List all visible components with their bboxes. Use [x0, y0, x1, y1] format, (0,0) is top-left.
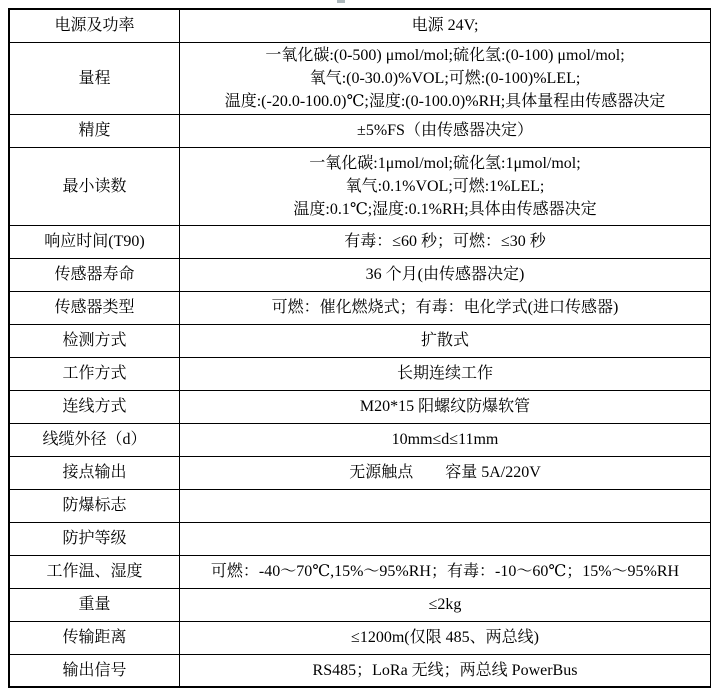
spec-label: 传输距离: [9, 621, 180, 654]
row-measuring-range: 量程 一氧化碳:(0-500) μmol/mol;硫化氢:(0-100) μmo…: [9, 42, 711, 114]
spec-value: ±5%FS（由传感器决定）: [180, 114, 711, 147]
spec-value-line: ≤2kg: [184, 593, 706, 616]
spec-table: 电源及功率 电源 24V; 量程 一氧化碳:(0-500) μmol/mol;硫…: [8, 8, 711, 688]
spec-value: 36 个月(由传感器决定): [180, 258, 711, 291]
spec-value-line: 氧气:0.1%VOL;可燃:1%LEL;: [184, 175, 706, 198]
spec-value: 一氧化碳:1μmol/mol;硫化氢:1μmol/mol; 氧气:0.1%VOL…: [180, 147, 711, 225]
row-power-supply: 电源及功率 电源 24V;: [9, 9, 711, 42]
row-working-temp-humidity: 工作温、湿度 可燃：-40～70℃,15%～95%RH；有毒：-10～60℃；1…: [9, 555, 711, 588]
spec-label: 连线方式: [9, 390, 180, 423]
spec-value: [180, 522, 711, 555]
spec-value: RS485；LoRa 无线；两总线 PowerBus: [180, 654, 711, 687]
spec-value: ≤1200m(仅限 485、两总线): [180, 621, 711, 654]
spec-value-line: 温度:0.1℃;湿度:0.1%RH;具体由传感器决定: [184, 198, 706, 221]
row-protection-rating: 防护等级: [9, 522, 711, 555]
spec-label: 精度: [9, 114, 180, 147]
spec-value-line: 10mm≤d≤11mm: [184, 428, 706, 451]
spec-value: 电源 24V;: [180, 9, 711, 42]
spec-value: 可燃：催化燃烧式；有毒：电化学式(进口传感器): [180, 291, 711, 324]
spec-label: 传感器寿命: [9, 258, 180, 291]
spec-value-line: 可燃：-40～70℃,15%～95%RH；有毒：-10～60℃；15%～95%R…: [184, 560, 706, 583]
spec-label: 响应时间(T90): [9, 225, 180, 258]
row-transmission-distance: 传输距离 ≤1200m(仅限 485、两总线): [9, 621, 711, 654]
spec-label: 工作温、湿度: [9, 555, 180, 588]
spec-label: 重量: [9, 588, 180, 621]
spec-value-line: 有毒：≤60 秒；可燃：≤30 秒: [184, 230, 706, 253]
spec-value-line: RS485；LoRa 无线；两总线 PowerBus: [184, 659, 706, 682]
spec-value-line: 一氧化碳:(0-500) μmol/mol;硫化氢:(0-100) μmol/m…: [184, 44, 706, 67]
spec-value: 扩散式: [180, 324, 711, 357]
spec-value: 有毒：≤60 秒；可燃：≤30 秒: [180, 225, 711, 258]
row-working-mode: 工作方式 长期连续工作: [9, 357, 711, 390]
spec-label: 电源及功率: [9, 9, 180, 42]
row-accuracy: 精度 ±5%FS（由传感器决定）: [9, 114, 711, 147]
spec-label: 接点输出: [9, 456, 180, 489]
spec-value: ≤2kg: [180, 588, 711, 621]
spec-value-line: ±5%FS（由传感器决定）: [184, 119, 706, 142]
row-detection-method: 检测方式 扩散式: [9, 324, 711, 357]
row-cable-diameter: 线缆外径（d） 10mm≤d≤11mm: [9, 423, 711, 456]
spec-value-line: 氧气:(0-30.0)%VOL;可燃:(0-100)%LEL;: [184, 67, 706, 90]
row-response-time: 响应时间(T90) 有毒：≤60 秒；可燃：≤30 秒: [9, 225, 711, 258]
spec-label: 传感器类型: [9, 291, 180, 324]
cropped-text-artifact: [337, 0, 345, 3]
spec-value-line: ≤1200m(仅限 485、两总线): [184, 626, 706, 649]
row-min-reading: 最小读数 一氧化碳:1μmol/mol;硫化氢:1μmol/mol; 氧气:0.…: [9, 147, 711, 225]
spec-value: 一氧化碳:(0-500) μmol/mol;硫化氢:(0-100) μmol/m…: [180, 42, 711, 114]
spec-value-line: 可燃：催化燃烧式；有毒：电化学式(进口传感器): [184, 296, 706, 319]
spec-label: 量程: [9, 42, 180, 114]
spec-value: [180, 489, 711, 522]
spec-value: 可燃：-40～70℃,15%～95%RH；有毒：-10～60℃；15%～95%R…: [180, 555, 711, 588]
row-weight: 重量 ≤2kg: [9, 588, 711, 621]
spec-value: 长期连续工作: [180, 357, 711, 390]
spec-label: 输出信号: [9, 654, 180, 687]
row-contact-output: 接点输出 无源触点 容量 5A/220V: [9, 456, 711, 489]
spec-value-line: 36 个月(由传感器决定): [184, 263, 706, 286]
spec-label: 工作方式: [9, 357, 180, 390]
spec-value-line: M20*15 阳螺纹防爆软管: [184, 395, 706, 418]
spec-value: 无源触点 容量 5A/220V: [180, 456, 711, 489]
row-output-signal: 输出信号 RS485；LoRa 无线；两总线 PowerBus: [9, 654, 711, 687]
spec-value-line: 一氧化碳:1μmol/mol;硫化氢:1μmol/mol;: [184, 152, 706, 175]
spec-value-line: 扩散式: [184, 329, 706, 352]
spec-value-line: 无源触点 容量 5A/220V: [184, 461, 706, 484]
spec-value-line: 长期连续工作: [184, 362, 706, 385]
spec-value: M20*15 阳螺纹防爆软管: [180, 390, 711, 423]
spec-label: 防爆标志: [9, 489, 180, 522]
row-sensor-type: 传感器类型 可燃：催化燃烧式；有毒：电化学式(进口传感器): [9, 291, 711, 324]
spec-label: 检测方式: [9, 324, 180, 357]
spec-value-line: 温度:(-20.0-100.0)℃;湿度:(0-100.0)%RH;具体量程由传…: [184, 90, 706, 113]
spec-value: 10mm≤d≤11mm: [180, 423, 711, 456]
spec-value-line: 电源 24V;: [184, 14, 706, 37]
document-page: 电源及功率 电源 24V; 量程 一氧化碳:(0-500) μmol/mol;硫…: [0, 0, 711, 696]
spec-label: 防护等级: [9, 522, 180, 555]
spec-label: 最小读数: [9, 147, 180, 225]
row-connection-method: 连线方式 M20*15 阳螺纹防爆软管: [9, 390, 711, 423]
row-explosion-proof-mark: 防爆标志: [9, 489, 711, 522]
spec-label: 线缆外径（d）: [9, 423, 180, 456]
row-sensor-life: 传感器寿命 36 个月(由传感器决定): [9, 258, 711, 291]
